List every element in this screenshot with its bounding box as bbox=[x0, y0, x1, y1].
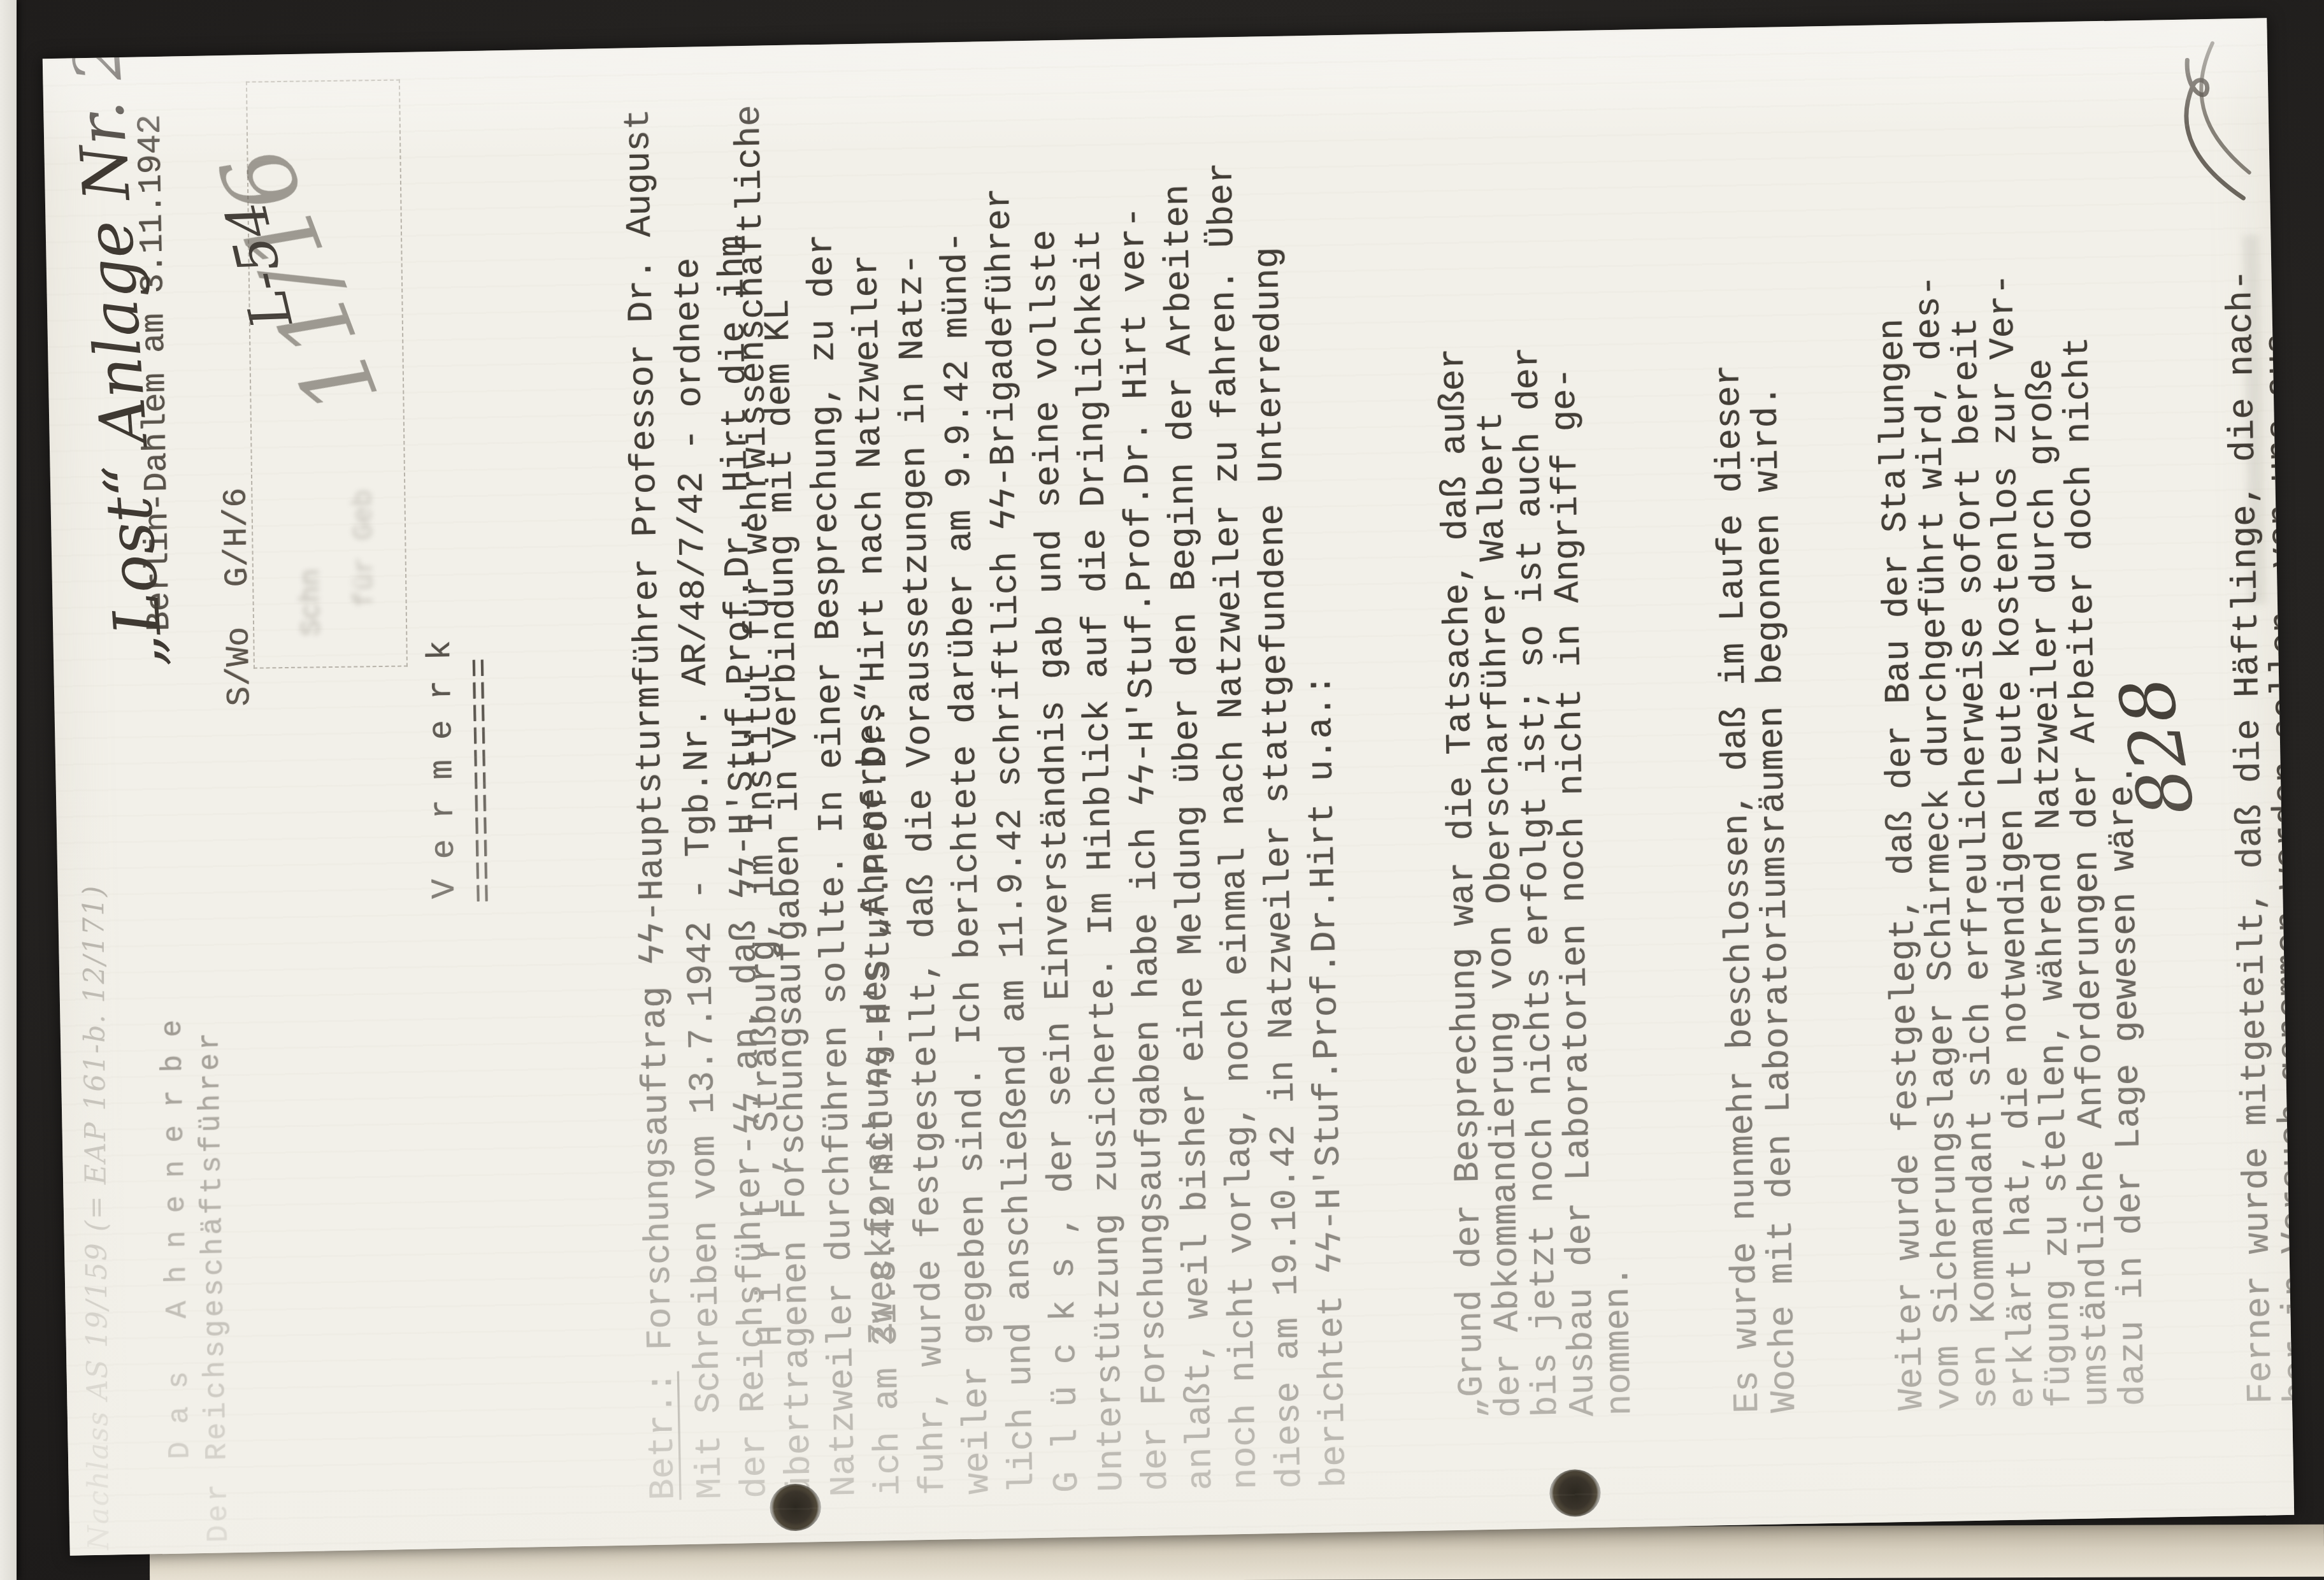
quoted-report-block: „Grund der Besprechung war die Tatsache,… bbox=[1359, 261, 2295, 1420]
archive-pencil-note: Nachlass AS 19/159 (= EAP 161-b. 12/171) bbox=[78, 884, 115, 1550]
stamp-faint-text: für Geb bbox=[348, 489, 381, 607]
betreff-label: Betr.: bbox=[641, 1372, 684, 1501]
reference-line: S/Wo G/H/6 bbox=[217, 487, 259, 707]
pen-scrawl-mark bbox=[2158, 18, 2263, 211]
punch-hole bbox=[1549, 1469, 1601, 1517]
scanner-edge-sliver bbox=[0, 0, 17, 1580]
receipt-stamp-box: 11/16 Schn für Geb bbox=[246, 80, 408, 669]
letterhead-office: Der Reichsgeschäftsführer bbox=[193, 1030, 236, 1543]
document-page-rotated: Nachlass AS 19/159 (= EAP 161-b. 12/171)… bbox=[43, 18, 2294, 1556]
stamp-faint-text: Schn bbox=[296, 568, 328, 636]
punch-hole bbox=[770, 1483, 821, 1531]
quote-paragraph-1: „Grund der Besprechung war die Tatsache,… bbox=[1433, 281, 1639, 1419]
quote-paragraph-3: Weiter wurde festgelegt, daß der Bau der… bbox=[1872, 271, 2152, 1411]
letterhead-org: D a s A h n e n e r b e bbox=[155, 1019, 197, 1460]
document-title: V e r m e r k bbox=[422, 640, 464, 900]
body-paragraph-1: Mit Schreiben vom 13.7.1942 - Tgb.Nr. AR… bbox=[664, 161, 1357, 1500]
scanned-document: Nachlass AS 19/159 (= EAP 161-b. 12/171)… bbox=[0, 0, 2324, 1580]
paper-sheet: Nachlass AS 19/159 (= EAP 161-b. 12/171)… bbox=[43, 18, 2294, 1556]
title-underline: =========== bbox=[461, 655, 503, 903]
quote-paragraph-4: Ferner wurde mitgeteilt, daß die Häftlin… bbox=[2221, 267, 2294, 1404]
quote-paragraph-2: Es wurde nunmehr beschlossen, daß im Lau… bbox=[1709, 278, 1804, 1414]
